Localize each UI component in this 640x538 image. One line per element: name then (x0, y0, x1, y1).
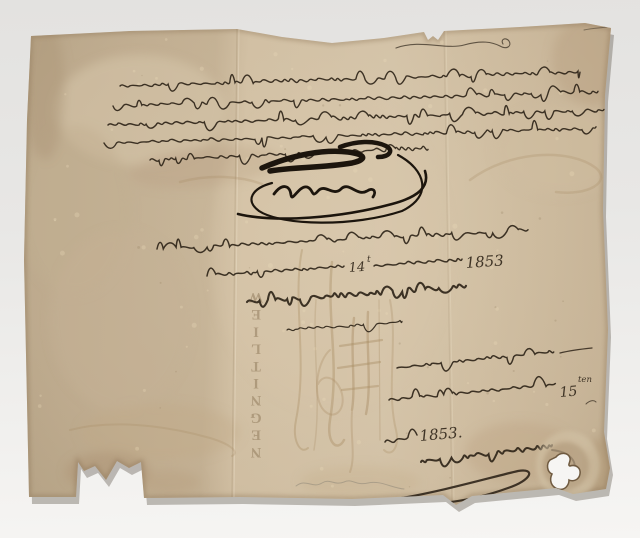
paper-speckle (155, 77, 158, 80)
paper-speckle (186, 346, 188, 348)
paper-speckle (560, 356, 562, 358)
stamp-letter: T (251, 358, 261, 374)
paper-speckle (320, 467, 324, 471)
paper-speckle (562, 300, 564, 302)
paper-speckle (513, 370, 515, 372)
paper-speckle (494, 341, 498, 345)
stamp-letter: I (253, 323, 259, 339)
paper-speckle (135, 447, 139, 451)
bottom-year-text: 1853. (419, 423, 463, 445)
paper-speckle (133, 70, 136, 73)
stamp-letter: N (250, 392, 261, 408)
paper-speckle (75, 212, 80, 217)
mid-year-text: 1853 (465, 251, 504, 272)
paper-speckle (160, 282, 162, 284)
paper-speckle (547, 60, 548, 61)
paper-speckle (326, 196, 330, 200)
paper-speckle (165, 38, 168, 41)
paper-speckle (200, 228, 204, 232)
paper-speckle (545, 403, 548, 406)
paper-speckle (273, 52, 277, 56)
paper-speckle (486, 392, 489, 395)
paper-speckle (249, 267, 250, 268)
stamp-letter: L (251, 341, 261, 357)
paper-speckle (303, 309, 306, 312)
paper-speckle (143, 389, 146, 392)
paper-speckle (180, 306, 183, 309)
paper-speckle (284, 148, 286, 150)
paper-speckle (66, 165, 69, 168)
paper-speckle (493, 400, 496, 403)
paper-speckle (427, 366, 429, 368)
bottom-day-superscript: ten (578, 375, 592, 385)
paper-speckle (280, 145, 283, 148)
paper-speckle (366, 216, 368, 218)
paper-speckle (245, 220, 248, 223)
stamp-letter: N (250, 444, 261, 460)
paper-speckle (192, 323, 197, 328)
paper-speckle (54, 219, 56, 221)
mid-day-text: 14 (348, 260, 366, 276)
paper-speckle (331, 485, 334, 488)
paper-speckle (399, 342, 401, 344)
handwriting-line (389, 377, 555, 401)
paper-speckle (124, 469, 127, 472)
mid-day-superscript: t (367, 255, 371, 265)
paper-speckle (428, 104, 432, 108)
paper-speckle (207, 289, 209, 291)
paper-speckle (64, 93, 66, 95)
paper-speckle (339, 104, 341, 106)
paper-speckle (322, 104, 324, 106)
paper-speckle (310, 405, 313, 408)
paper-speckle (592, 428, 596, 432)
paper-speckle (388, 290, 391, 293)
bottom-day-text: 15 (559, 383, 578, 400)
paper-speckle (39, 394, 41, 396)
paper-speckle (357, 440, 361, 444)
paper-speckle (406, 432, 408, 434)
paper-speckle (483, 88, 487, 92)
paper-speckle (141, 245, 145, 249)
paper-speckle (322, 398, 325, 401)
paper-speckle (449, 477, 451, 479)
paper-speckle (282, 330, 285, 333)
paper-speckle (383, 59, 386, 62)
paper-speckle (175, 371, 177, 373)
paper-speckle (539, 217, 542, 220)
paper-speckle (111, 128, 114, 131)
paper-speckle (494, 306, 496, 308)
paper-speckle (554, 320, 556, 322)
paper-speckle (385, 312, 388, 315)
paper-speckle (310, 323, 313, 326)
stamp-letter: I (253, 375, 259, 391)
paper-speckle (353, 168, 357, 172)
paper-speckle (60, 251, 65, 256)
paper-speckle (342, 250, 344, 252)
paper-speckle (440, 40, 444, 44)
paper-speckle (555, 137, 558, 140)
photo-backdrop: WEILTINGEN (0, 0, 640, 538)
paper-stains (20, 15, 632, 504)
paper-speckle (533, 391, 535, 393)
document-markings: WEILTINGEN (0, 0, 640, 538)
paper-speckle (268, 263, 273, 268)
paper-speckle (569, 171, 574, 176)
paper-speckle (137, 246, 140, 249)
stamp-letter: E (251, 306, 261, 322)
paper-speckle (141, 75, 142, 76)
paper-speckle (38, 404, 42, 408)
stamp-letter: E (251, 427, 261, 443)
paper-speckle (194, 235, 199, 240)
paper-speckle (409, 486, 410, 487)
paper-speckle (452, 224, 457, 229)
paper-speckle (301, 320, 305, 324)
paper-speckle (200, 67, 204, 71)
paper-speckle (307, 85, 312, 90)
paper-speckle (159, 407, 161, 409)
paper-speckle (501, 211, 504, 214)
paper-speckle (368, 177, 373, 182)
paper-speckle (291, 68, 293, 70)
paper-speckle (137, 82, 140, 85)
paper-hole (536, 431, 600, 499)
handwriting-line (385, 429, 417, 442)
stamp-letter: G (250, 409, 261, 425)
paper-speckle (467, 382, 469, 384)
paper-speckle (512, 222, 515, 225)
